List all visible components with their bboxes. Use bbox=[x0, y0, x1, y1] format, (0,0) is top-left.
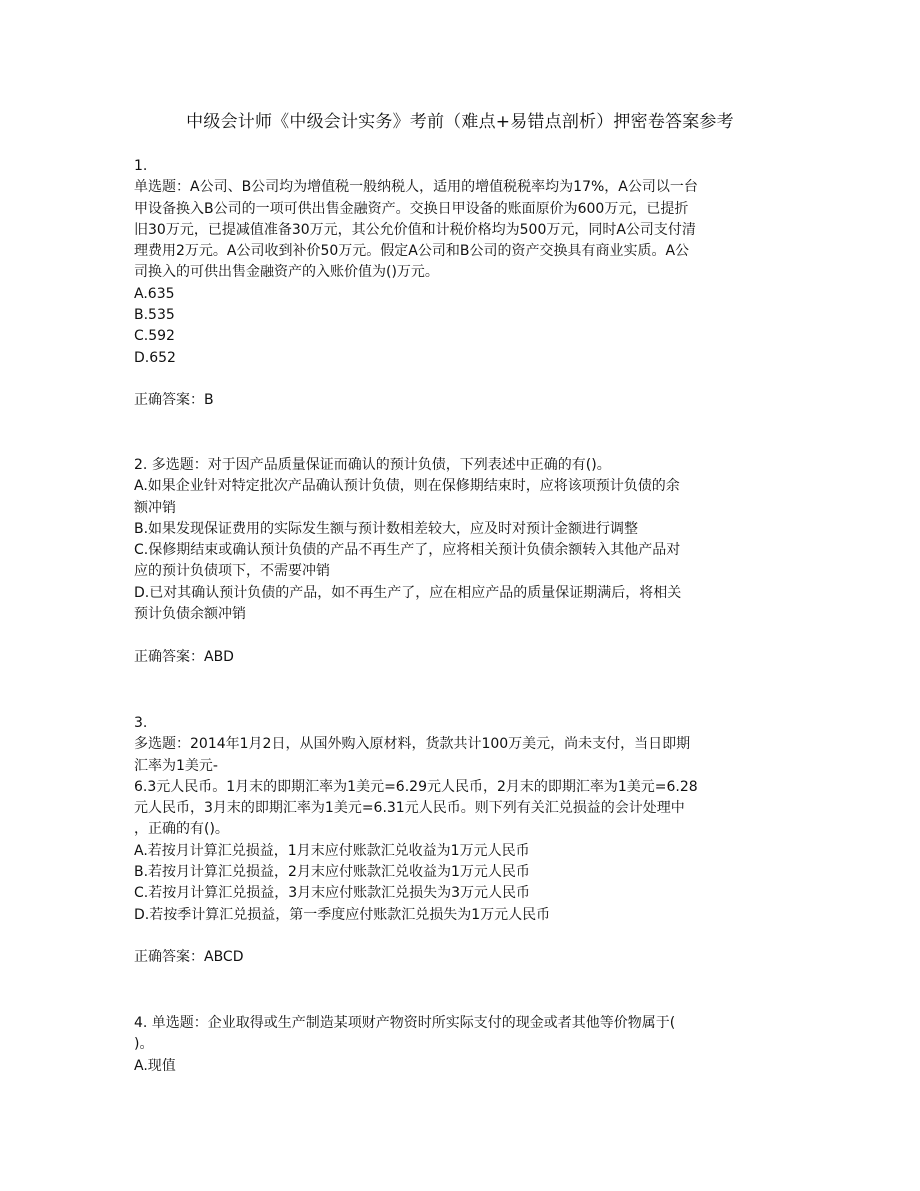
question-2: 2. 多选题：对于因产品质量保证而确认的预计负债，下列表述中正确的有()。 A.… bbox=[134, 455, 794, 668]
option-c-continued: 应的预计负债项下，不需要冲销 bbox=[134, 561, 794, 582]
spacer bbox=[134, 369, 794, 390]
correct-answer: 正确答案：B bbox=[134, 390, 794, 411]
option-a-continued: 额冲销 bbox=[134, 498, 794, 519]
option-b: B.535 bbox=[134, 305, 794, 326]
option-d: D.652 bbox=[134, 348, 794, 369]
question-stem-line: 旧30万元，已提减值准备30万元，其公允价值和计税价格均为500万元，同时A公司… bbox=[134, 220, 794, 241]
option-d: D.若按季计算汇兑损益，第一季度应付账款汇兑损失为1万元人民币 bbox=[134, 905, 794, 926]
question-number: 1. bbox=[134, 156, 794, 177]
question-3: 3. 多选题：2014年1月2日，从国外购入原材料，货款共计100万美元，尚未支… bbox=[134, 713, 794, 969]
question-stem-line: ，正确的有()。 bbox=[134, 819, 794, 840]
correct-answer: 正确答案：ABD bbox=[134, 647, 794, 668]
document-page: 中级会计师《中级会计实务》考前（难点+易错点剖析）押密卷答案参考 1. 单选题：… bbox=[0, 0, 920, 1191]
question-stem-line: 司换入的可供出售金融资产的入账价值为()万元。 bbox=[134, 262, 794, 283]
option-a: A.现值 bbox=[134, 1056, 794, 1077]
spacer bbox=[134, 625, 794, 646]
question-stem-line: 2. 多选题：对于因产品质量保证而确认的预计负债，下列表述中正确的有()。 bbox=[134, 455, 794, 476]
option-a: A.若按月计算汇兑损益，1月末应付账款汇兑收益为1万元人民币 bbox=[134, 841, 794, 862]
option-d: D.已对其确认预计负债的产品，如不再生产了，应在相应产品的质量保证期满后，将相关 bbox=[134, 583, 794, 604]
option-c: C.保修期结束或确认预计负债的产品不再生产了，应将相关预计负债余额转入其他产品对 bbox=[134, 540, 794, 561]
option-d-continued: 预计负债余额冲销 bbox=[134, 604, 794, 625]
option-a: A.如果企业针对特定批次产品确认预计负债，则在保修期结束时，应将该项预计负债的余 bbox=[134, 476, 794, 497]
question-4: 4. 单选题：企业取得或生产制造某项财产物资时所实际支付的现金或者其他等价物属于… bbox=[134, 1013, 794, 1077]
document-title: 中级会计师《中级会计实务》考前（难点+易错点剖析）押密卷答案参考 bbox=[0, 110, 920, 134]
question-stem-line: 单选题：A公司、B公司均为增值税一般纳税人，适用的增值税税率均为17%，A公司以… bbox=[134, 177, 794, 198]
spacer bbox=[134, 926, 794, 947]
option-a: A.635 bbox=[134, 284, 794, 305]
option-b: B.若按月计算汇兑损益，2月末应付账款汇兑收益为1万元人民币 bbox=[134, 862, 794, 883]
option-b: B.如果发现保证费用的实际发生额与预计数相差较大，应及时对预计金额进行调整 bbox=[134, 519, 794, 540]
option-c: C.592 bbox=[134, 326, 794, 347]
question-1: 1. 单选题：A公司、B公司均为增值税一般纳税人，适用的增值税税率均为17%，A… bbox=[134, 156, 794, 412]
question-stem-line: 汇率为1美元- bbox=[134, 756, 794, 777]
question-number: 3. bbox=[134, 713, 794, 734]
question-stem-line: 4. 单选题：企业取得或生产制造某项财产物资时所实际支付的现金或者其他等价物属于… bbox=[134, 1013, 794, 1034]
correct-answer: 正确答案：ABCD bbox=[134, 947, 794, 968]
question-stem-line: )。 bbox=[134, 1034, 794, 1055]
question-stem-line: 6.3元人民币。1月末的即期汇率为1美元=6.29元人民币，2月末的即期汇率为1… bbox=[134, 777, 794, 798]
question-stem-line: 甲设备换入B公司的一项可供出售金融资产。交换日甲设备的账面原价为600万元，已提… bbox=[134, 199, 794, 220]
question-stem-line: 元人民币，3月末的即期汇率为1美元=6.31元人民币。则下列有关汇兑损益的会计处… bbox=[134, 798, 794, 819]
option-c: C.若按月计算汇兑损益，3月末应付账款汇兑损失为3万元人民币 bbox=[134, 883, 794, 904]
question-stem-line: 多选题：2014年1月2日，从国外购入原材料，货款共计100万美元，尚未支付，当… bbox=[134, 734, 794, 755]
question-stem-line: 理费用2万元。A公司收到补价50万元。假定A公司和B公司的资产交换具有商业实质。… bbox=[134, 241, 794, 262]
